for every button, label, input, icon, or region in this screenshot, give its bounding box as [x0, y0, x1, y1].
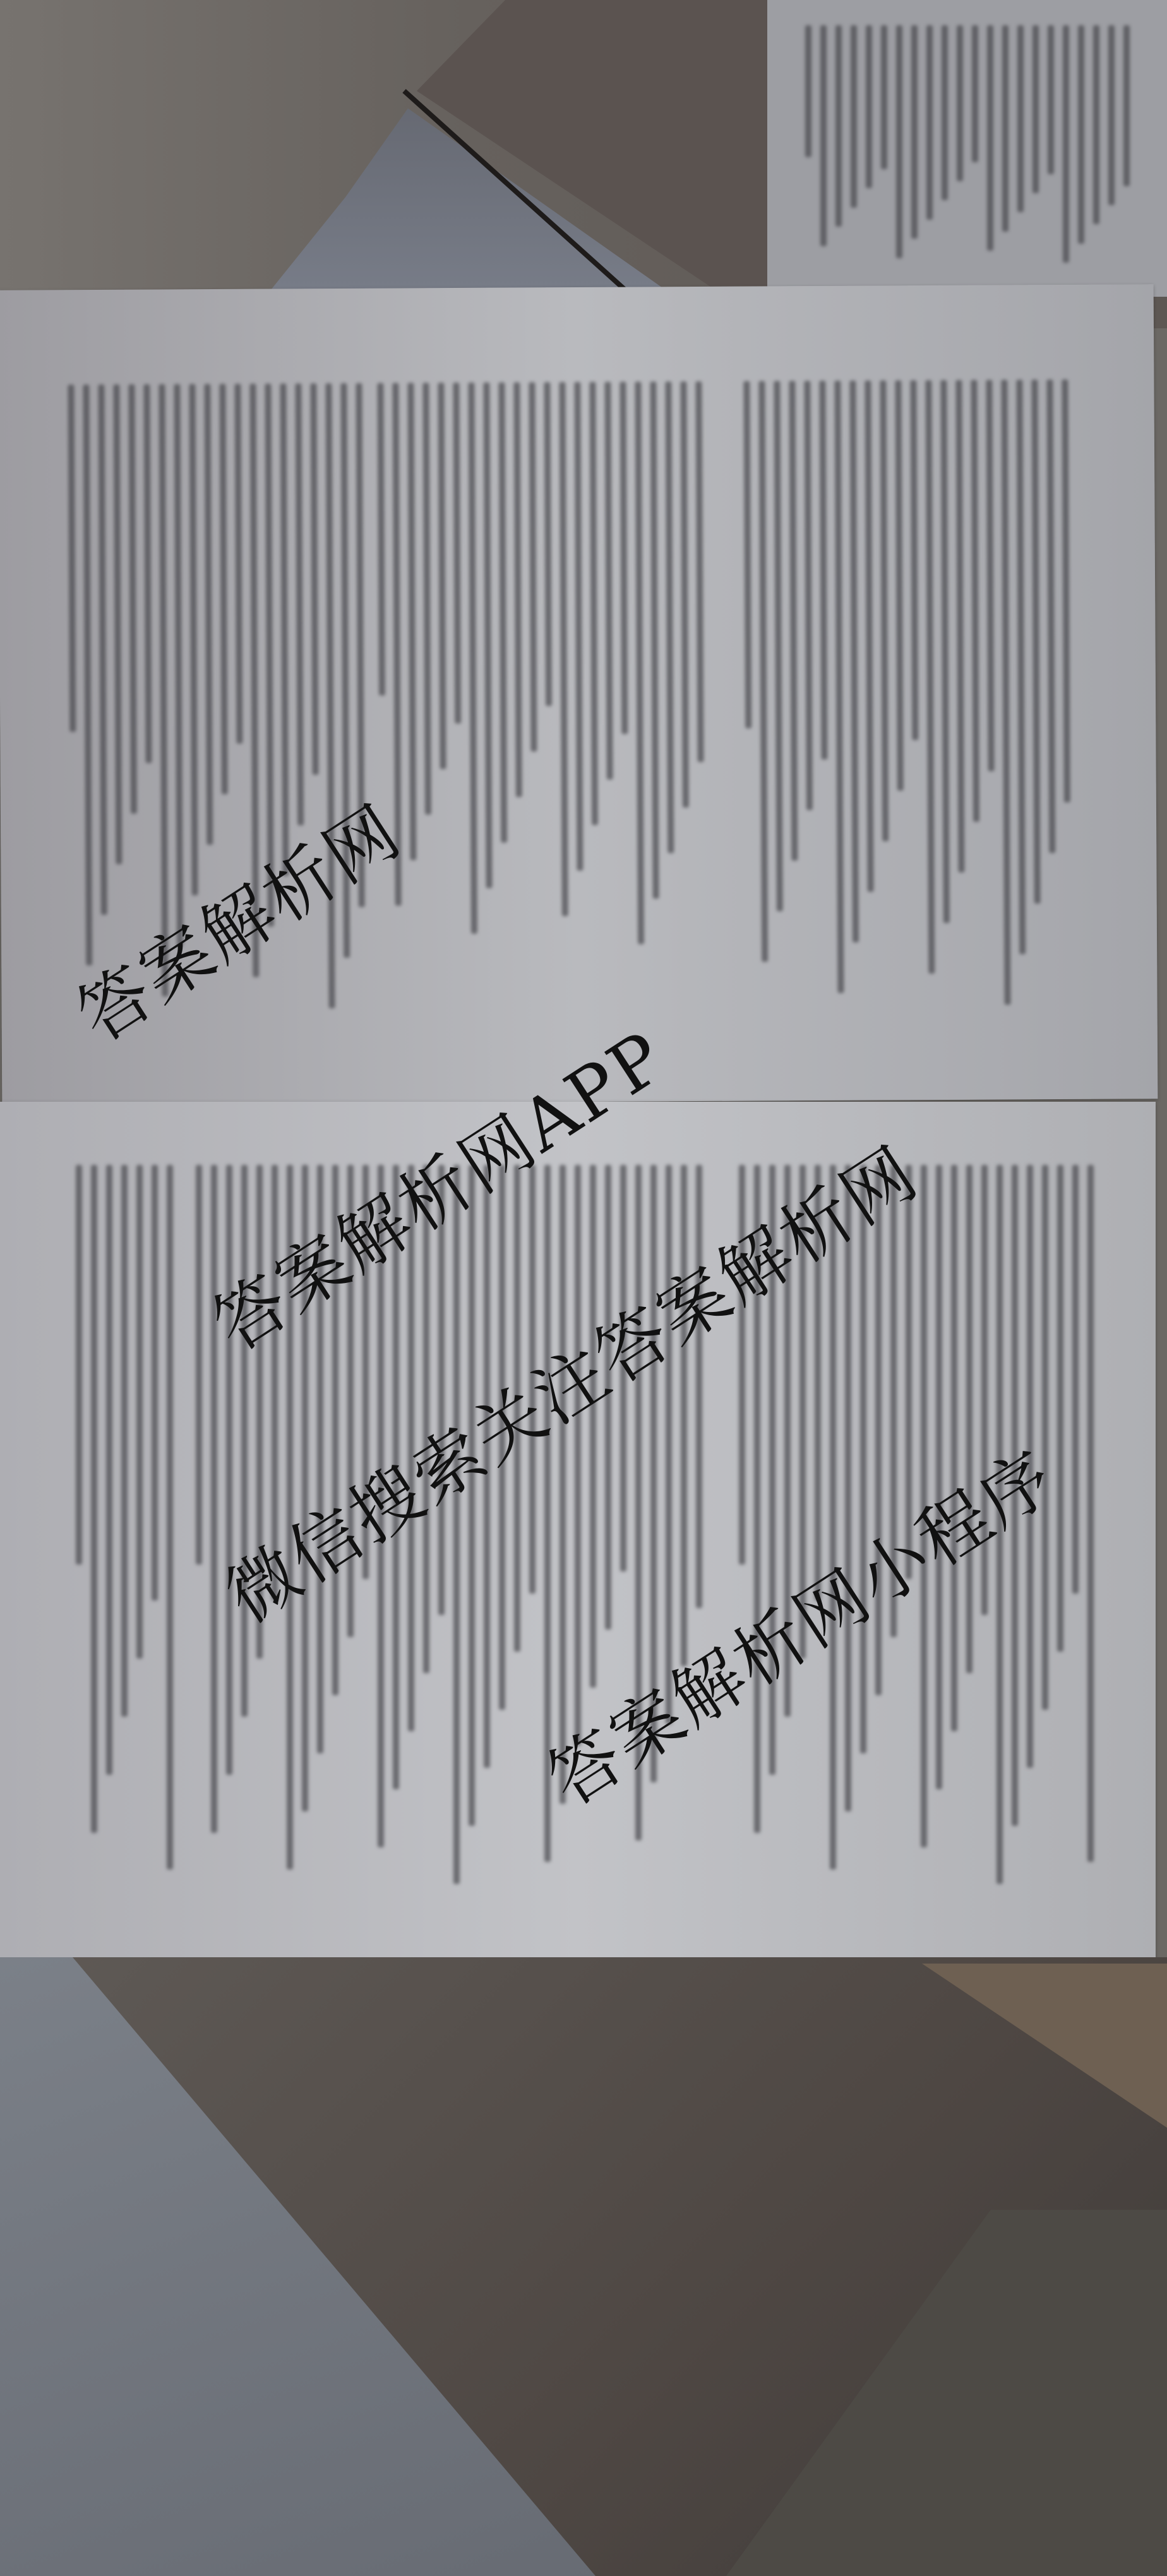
- blurred-text-line: [819, 381, 827, 760]
- blurred-text-line: [1042, 1165, 1048, 1710]
- blurred-text-line: [972, 25, 978, 162]
- blurred-text-line: [865, 381, 873, 892]
- blurred-text-line: [835, 25, 842, 227]
- blurred-text-line: [167, 1165, 173, 1869]
- blurred-text-line: [453, 1165, 460, 1884]
- blurred-text-line: [866, 25, 872, 188]
- blurred-text-line: [574, 382, 583, 871]
- blurred-text-line: [971, 380, 979, 822]
- blurred-text-line: [211, 1165, 217, 1833]
- blurred-text-line: [422, 383, 431, 814]
- blurred-text-line: [1072, 1165, 1079, 1594]
- blurred-text-line: [849, 381, 859, 943]
- blurred-text-line: [820, 25, 827, 246]
- blurred-text-line: [544, 382, 552, 706]
- blurred-text-line: [834, 381, 844, 993]
- blurred-text-line: [453, 383, 461, 724]
- blurred-text-line: [758, 381, 768, 962]
- blurred-text-line: [955, 380, 964, 873]
- blurred-text-line: [136, 1165, 143, 1659]
- blurred-text-line: [196, 1165, 202, 1565]
- blurred-text-line: [407, 383, 416, 860]
- blurred-text-line: [498, 383, 507, 843]
- blurred-text-line: [1017, 25, 1024, 212]
- blurred-text-line: [635, 381, 644, 944]
- blurred-text-line: [174, 384, 183, 946]
- blurred-text-line: [881, 25, 887, 169]
- blurred-text-line: [1031, 379, 1040, 903]
- blurred-text-block: [743, 379, 1080, 1006]
- blurred-text-line: [76, 1165, 82, 1565]
- blurred-text-line: [310, 383, 318, 775]
- blurred-text-line: [468, 383, 477, 934]
- blurred-text-line: [681, 1165, 687, 1666]
- blurred-text-line: [942, 25, 948, 200]
- blurred-text-line: [957, 25, 963, 181]
- blurred-text-line: [560, 1165, 566, 1804]
- blurred-text-line: [804, 381, 813, 810]
- blurred-text-line: [987, 25, 993, 251]
- blurred-text-line: [896, 25, 902, 258]
- blurred-text-line: [1078, 25, 1084, 244]
- blurred-text-line: [559, 382, 568, 916]
- blurred-text-line: [152, 1165, 158, 1601]
- blurred-text-line: [234, 384, 242, 744]
- blurred-text-line: [1032, 25, 1039, 193]
- blurred-text-line: [280, 383, 289, 876]
- blurred-text-line: [774, 381, 782, 911]
- blurred-text-line: [575, 1165, 581, 1746]
- blurred-text-block: [377, 381, 714, 946]
- blurred-text-line: [1001, 379, 1010, 1005]
- blurred-text-line: [743, 381, 751, 729]
- blurred-text-line: [650, 381, 659, 898]
- blurred-text-line: [1108, 25, 1115, 205]
- blurred-text-line: [665, 381, 674, 853]
- blurred-text-line: [680, 381, 689, 808]
- blurred-text-line: [377, 383, 385, 696]
- blurred-text-line: [113, 385, 122, 864]
- blurred-text-line: [513, 382, 522, 797]
- blurred-text-line: [1087, 1165, 1094, 1862]
- blurred-text-line: [83, 385, 92, 965]
- blurred-text-line: [860, 1165, 866, 1753]
- blurred-text-line: [143, 385, 152, 763]
- blurred-text-line: [619, 382, 628, 734]
- blurred-text-line: [604, 382, 613, 780]
- blurred-text-line: [106, 1165, 112, 1775]
- blurred-text-line: [880, 380, 889, 841]
- blurred-text-line: [695, 381, 703, 762]
- blurred-text-line: [91, 1165, 97, 1833]
- blurred-text-line: [895, 380, 903, 790]
- blurred-text-line: [98, 385, 107, 915]
- blurred-text-line: [696, 1165, 702, 1608]
- blurred-text-line: [966, 1165, 972, 1673]
- blurred-text-line: [1057, 1165, 1063, 1652]
- paper-top-right-partial: [767, 0, 1167, 297]
- blurred-text-line: [1062, 379, 1070, 802]
- blurred-text-line: [121, 1165, 128, 1717]
- blurred-text-line: [986, 380, 994, 772]
- blurred-text-line: [926, 25, 933, 220]
- blurred-text-line: [925, 380, 935, 974]
- blurred-text-line: [1046, 379, 1055, 853]
- blurred-text-line: [1063, 25, 1069, 263]
- blurred-text-line: [241, 1165, 248, 1717]
- blurred-text-line: [845, 1165, 851, 1811]
- blurred-text-line: [483, 383, 492, 888]
- blurred-text-line: [189, 384, 198, 895]
- blurred-text-line: [666, 1165, 672, 1724]
- blurred-text-line: [295, 383, 304, 825]
- blurred-text-line: [68, 385, 76, 732]
- blurred-text-line: [1016, 379, 1026, 954]
- blurred-text-line: [1123, 25, 1130, 186]
- blurred-text-line: [438, 383, 446, 769]
- blurred-text-block: [76, 1165, 182, 1869]
- blurred-text-line: [940, 380, 950, 923]
- blurred-text-line: [1048, 25, 1054, 174]
- blurred-text-line: [911, 25, 918, 239]
- blurred-text-block: [805, 25, 1139, 263]
- blurred-text-line: [226, 1165, 232, 1775]
- blurred-text-line: [128, 385, 137, 814]
- blurred-text-line: [1002, 25, 1008, 232]
- blurred-text-line: [910, 380, 918, 740]
- blurred-text-line: [805, 25, 811, 157]
- blurred-text-line: [789, 381, 798, 861]
- blurred-text-line: [951, 1165, 957, 1731]
- blurred-text-line: [219, 384, 227, 794]
- blurred-text-line: [851, 25, 857, 208]
- blurred-text-line: [204, 384, 213, 845]
- blurred-text-line: [1093, 25, 1099, 224]
- blurred-text-line: [529, 382, 537, 751]
- blurred-text-line: [589, 382, 598, 825]
